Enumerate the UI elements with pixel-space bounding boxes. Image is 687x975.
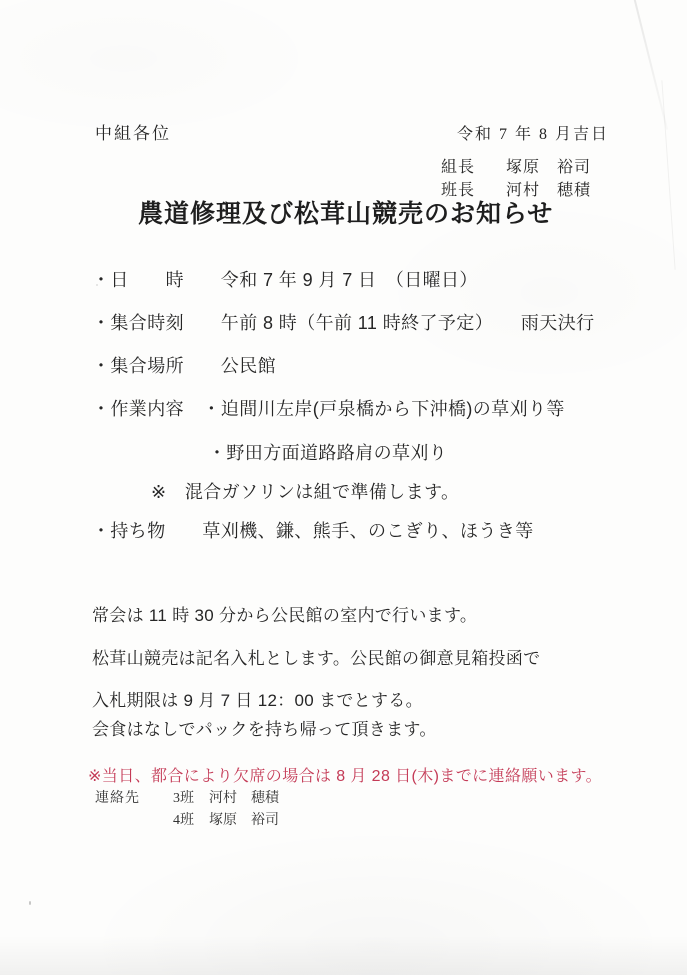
scanned-notice-page: 中組各位 令和 7 年 8 月吉日 組長塚原 裕司 班長河村 穂積 農道修理及び…: [0, 0, 687, 975]
contact-name: 塚原 裕司: [209, 813, 279, 828]
paragraph-regular-meeting: 常会は 11 時 30 分から公民館の室内で行います。: [92, 606, 477, 626]
scan-edge-artifact: [630, 0, 668, 130]
contact-name: 河村 穂積: [209, 791, 279, 806]
signatory-role: 組長: [441, 159, 475, 176]
contact-group: 3班: [173, 791, 194, 806]
detail-meeting-time: ・集合時刻 午前 8 時（午前 11 時終了予定） 雨天決行: [92, 313, 595, 335]
detail-date-time: ・日 時 令和 7 年 9 月 7 日 （日曜日）: [92, 270, 478, 292]
scan-bottom-shade: [0, 935, 687, 975]
absence-notice: ※当日、都合により欠席の場合は 8 月 28 日(木)までに連絡願います。: [88, 767, 602, 786]
detail-gasoline-note: ※ 混合ガソリンは組で準備します。: [151, 482, 459, 504]
paragraph-auction-bidding: 松茸山競売は記名入札とします。公民館の御意見箱投函で: [92, 649, 540, 669]
signatory-kumicho: 組長塚原 裕司: [441, 158, 591, 177]
signatory-name: 河村 穂積: [506, 182, 591, 199]
detail-work-content-1: ・作業内容 ・迫間川左岸(戸泉橋から下沖橋)の草刈り等: [92, 399, 565, 421]
signatory-hancho: 班長河村 穂積: [441, 181, 591, 200]
notice-title: 農道修理及び松茸山競売のお知らせ: [138, 200, 553, 230]
contact-label: 連絡先: [95, 791, 140, 808]
scan-speck: [29, 901, 31, 905]
signatory-role: 班長: [441, 182, 475, 199]
detail-items-to-bring: ・持ち物 草刈機、鎌、熊手、のこぎり、ほうき等: [92, 521, 534, 543]
detail-work-content-2: ・野田方面道路路肩の草刈り: [208, 443, 447, 465]
contact-group: 4班: [173, 813, 194, 828]
detail-meeting-place: ・集合場所 公民館: [92, 356, 276, 378]
paragraph-meal-note: 会食はなしでパックを持ち帰って頂きます。: [92, 720, 437, 740]
signatory-name: 塚原 裕司: [506, 159, 591, 176]
contact-row: 4班塚原 裕司: [173, 813, 279, 830]
contact-row: 3班河村 穂積: [173, 791, 279, 808]
paragraph-bid-deadline: 入札期限は 9 月 7 日 12：00 までとする。: [92, 691, 423, 711]
scan-edge-artifact: [661, 80, 675, 270]
issue-date: 令和 7 年 8 月吉日: [457, 125, 609, 144]
recipient: 中組各位: [95, 124, 171, 144]
